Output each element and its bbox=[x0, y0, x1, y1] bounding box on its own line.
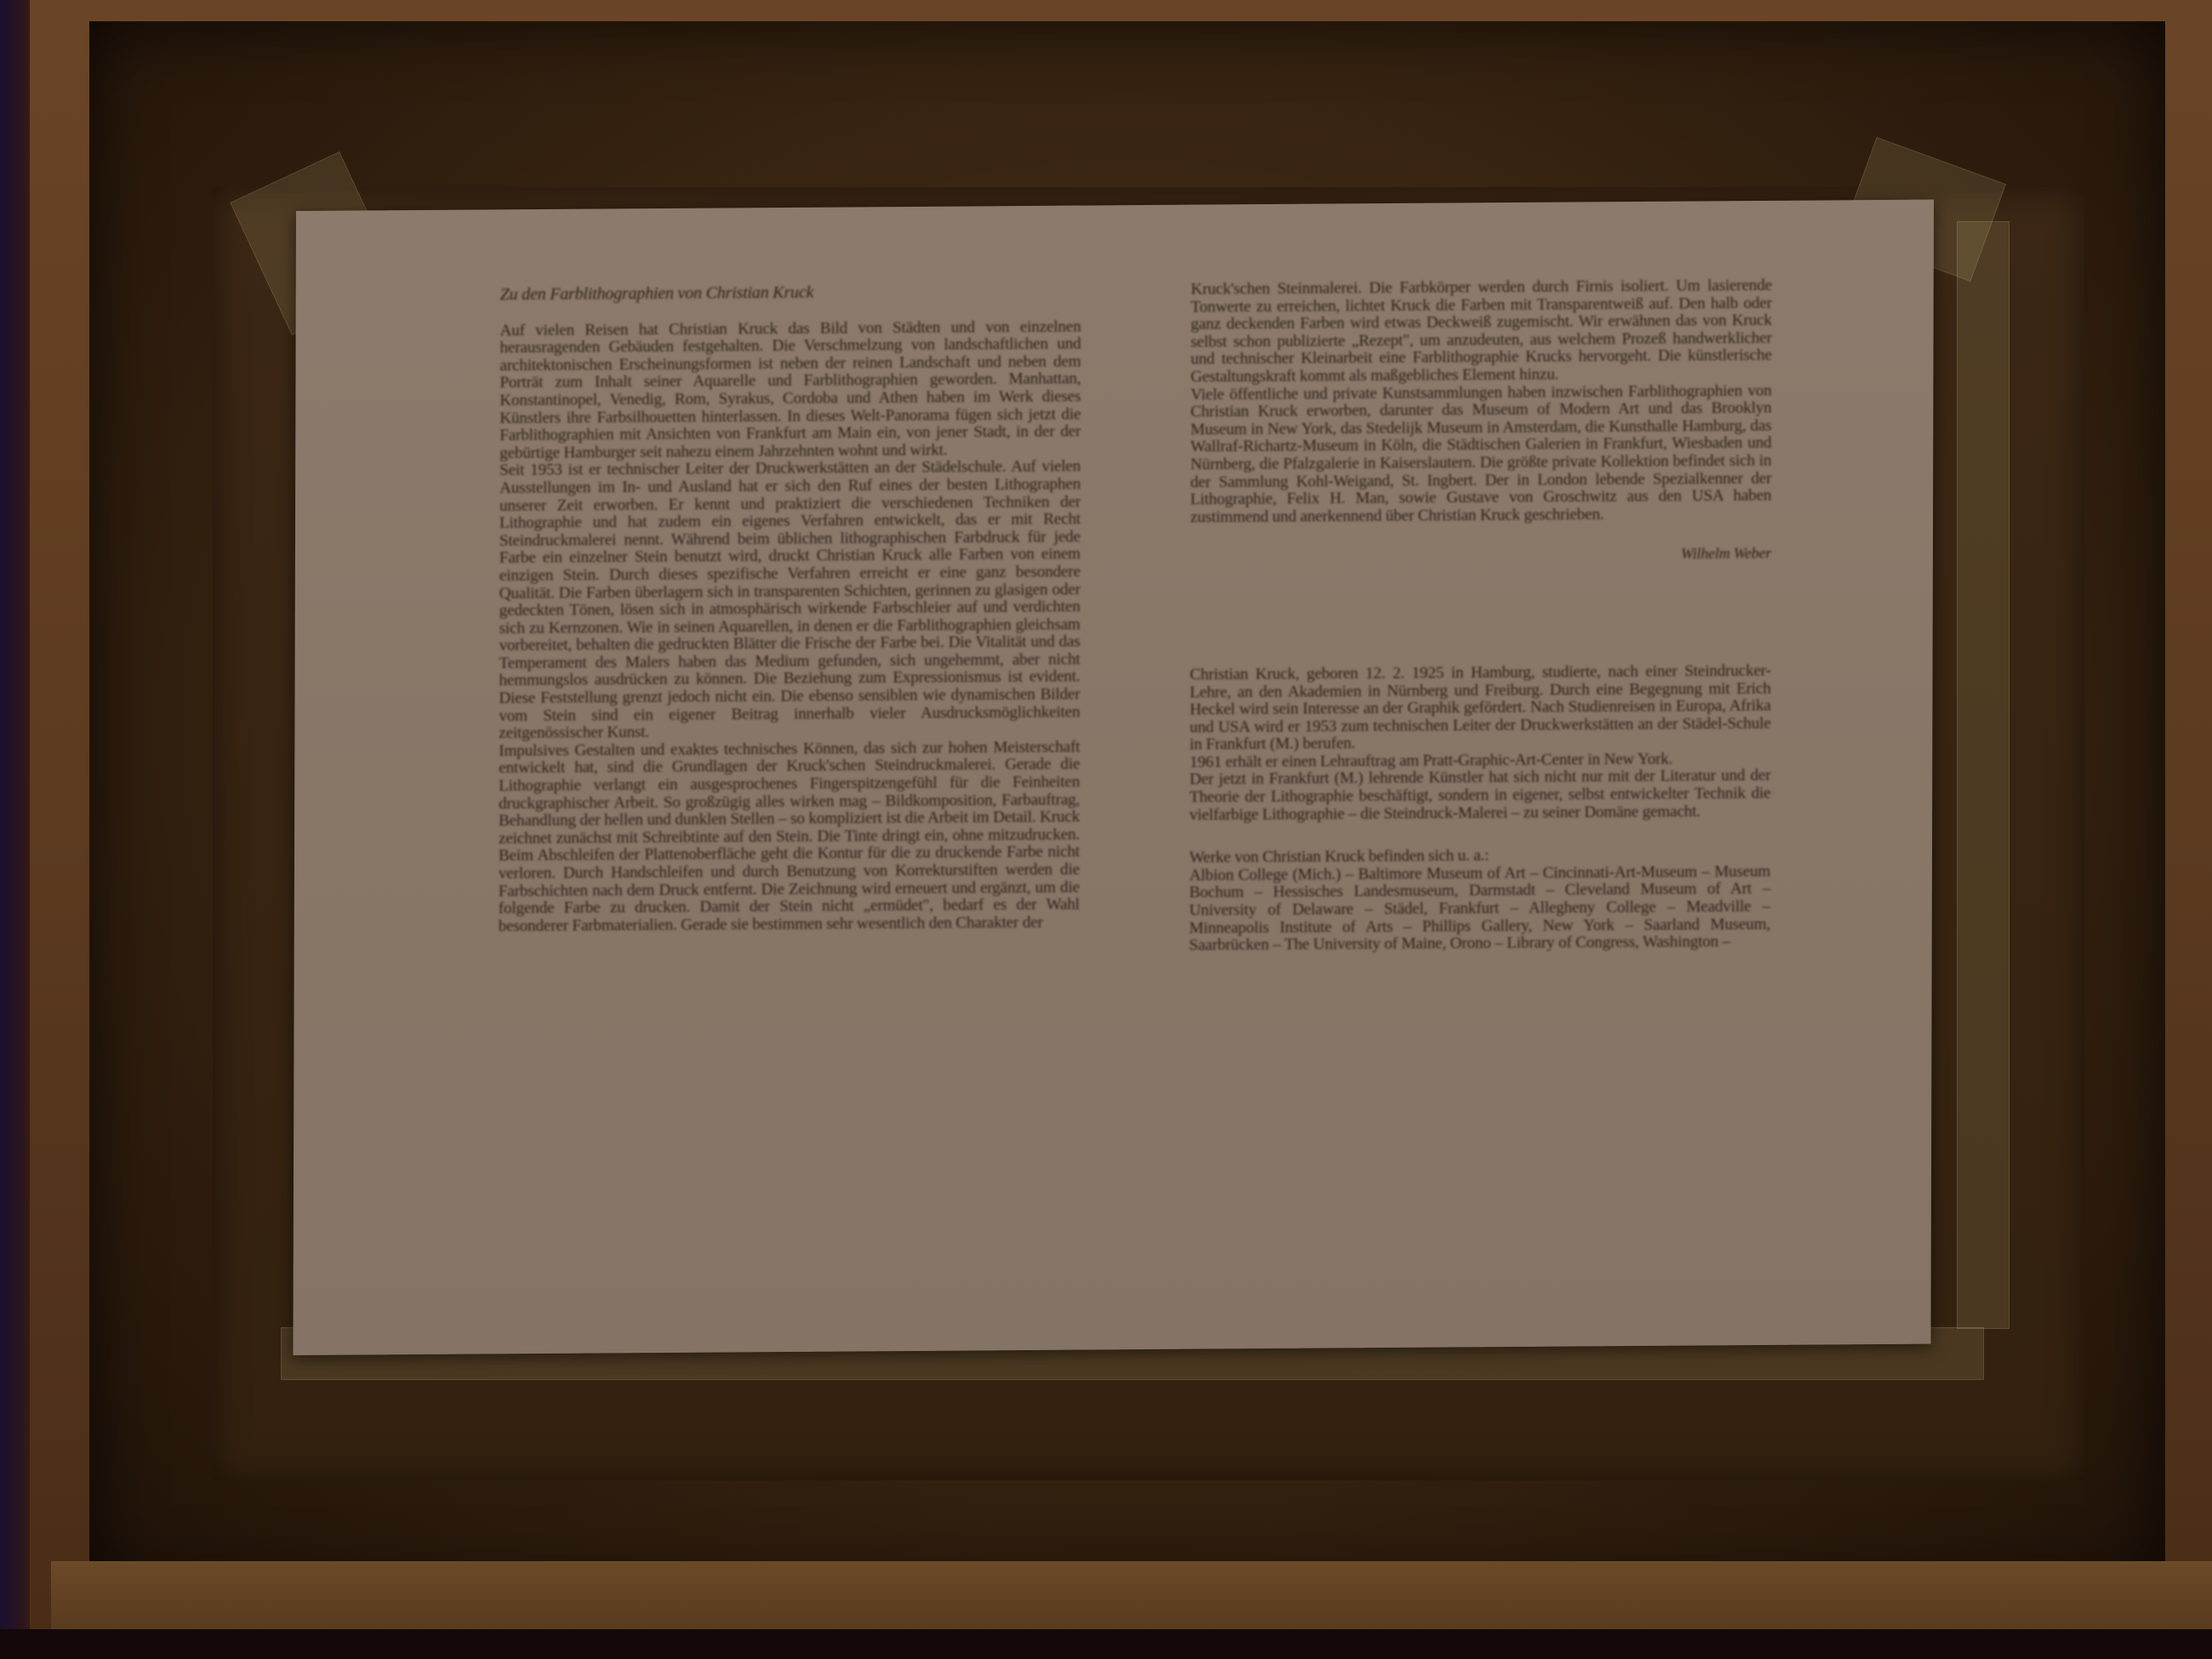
paragraph: Seit 1953 ist er technischer Leiter der … bbox=[499, 459, 1080, 743]
frame-bottom-rail bbox=[51, 1561, 2212, 1629]
bio-paragraph: Christian Kruck, geboren 12. 2. 1925 in … bbox=[1189, 663, 1770, 755]
right-column: Kruck'schen Steinmalerei. Die Farbkörper… bbox=[1189, 277, 1772, 955]
background-fabric-edge bbox=[0, 0, 34, 1659]
document-title: Zu den Farblithographien von Christian K… bbox=[500, 282, 1081, 304]
floor-shadow bbox=[0, 1629, 2212, 1659]
paragraph: Auf vielen Reisen hat Christian Kruck da… bbox=[499, 318, 1080, 463]
printed-page: Zu den Farblithographien von Christian K… bbox=[293, 200, 1934, 1355]
bio-paragraph: Der jetzt in Frankfurt (M.) lehrende Kün… bbox=[1189, 767, 1770, 824]
paragraph: Viele öffentliche und private Kunstsamml… bbox=[1190, 382, 1771, 527]
paragraph: Kruck'schen Steinmalerei. Die Farbkörper… bbox=[1190, 277, 1771, 386]
left-column: Zu den Farblithographien von Christian K… bbox=[499, 282, 1081, 936]
works-list: Albion College (Mich.) – Baltimore Museu… bbox=[1189, 864, 1770, 955]
tape-strip bbox=[1957, 221, 2010, 1329]
author-signature: Wilhelm Weber bbox=[1190, 544, 1771, 566]
paragraph: Impulsives Gestalten und exaktes technis… bbox=[499, 738, 1080, 935]
biography-block: Christian Kruck, geboren 12. 2. 1925 in … bbox=[1189, 663, 1770, 824]
